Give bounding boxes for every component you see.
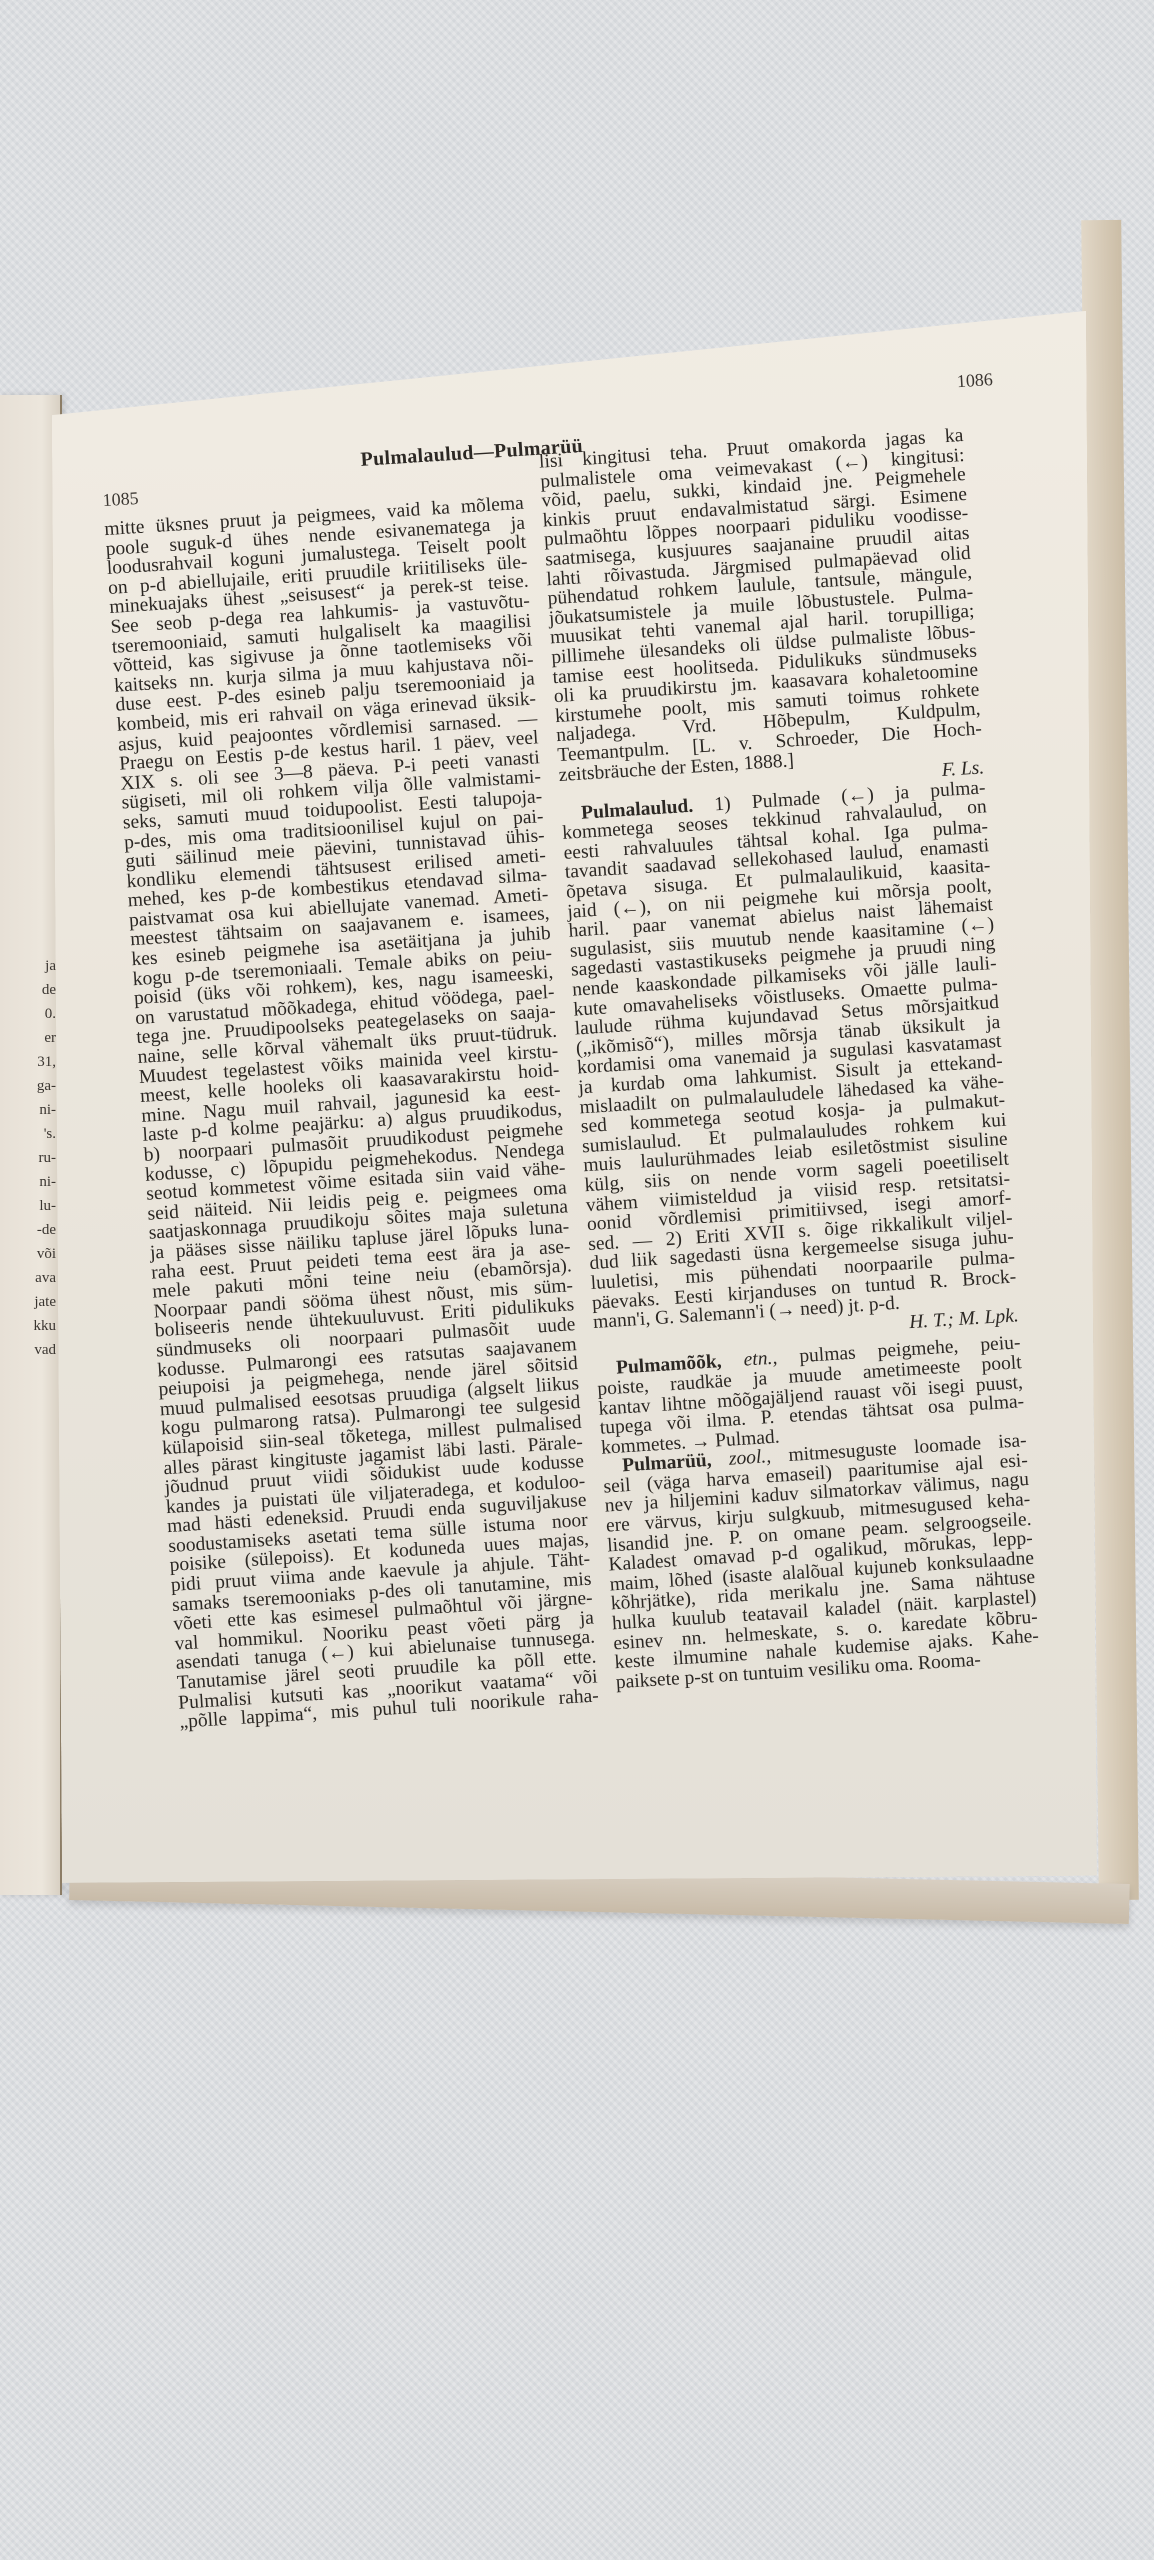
page-number-right: 1086	[956, 369, 993, 392]
left-page-text-fragment: kku	[34, 1315, 57, 1337]
left-page-text-fragment: er	[44, 1027, 56, 1049]
left-page-text-fragment: ni-	[39, 1099, 56, 1121]
left-page-text-fragment: ga-	[37, 1075, 56, 1097]
left-page-text-fragment: ru-	[39, 1147, 57, 1169]
left-page-text-fragment: ni-	[39, 1171, 56, 1193]
left-page-text-fragment: lu-	[39, 1195, 56, 1217]
page-content: 1085 Pulmalaulud—Pulmarüü 1086 mitte üks…	[51, 253, 1154, 1880]
page-number-left: 1085	[102, 488, 139, 511]
left-column: mitte üksnes pruut ja peigmees, vaid ka …	[104, 494, 599, 1733]
book-page: 1085 Pulmalaulud—Pulmarüü 1086 mitte üks…	[51, 311, 1097, 1883]
right-column: lisi kingitusi teha. Pruut omakorda jaga…	[538, 426, 1040, 1693]
left-page-text-fragment: vad	[34, 1339, 56, 1361]
left-page-text-fragment: ava	[35, 1267, 56, 1289]
left-page-text-fragment: ja	[45, 955, 56, 977]
left-page-text-fragment: 31,	[37, 1051, 56, 1073]
left-page-text-fragment: jate	[34, 1291, 56, 1313]
left-page-text-fragment: de	[42, 979, 56, 1001]
left-page-text-fragment: 0.	[45, 1003, 56, 1025]
left-page-text-fragment: -de	[37, 1219, 56, 1241]
left-page-text-fragment: või	[37, 1243, 56, 1265]
left-page-text-fragment: 's.	[44, 1123, 56, 1145]
left-page-edge: jade0.er31,ga-ni-'s.ru-ni-lu--devõiavaja…	[0, 395, 62, 1895]
